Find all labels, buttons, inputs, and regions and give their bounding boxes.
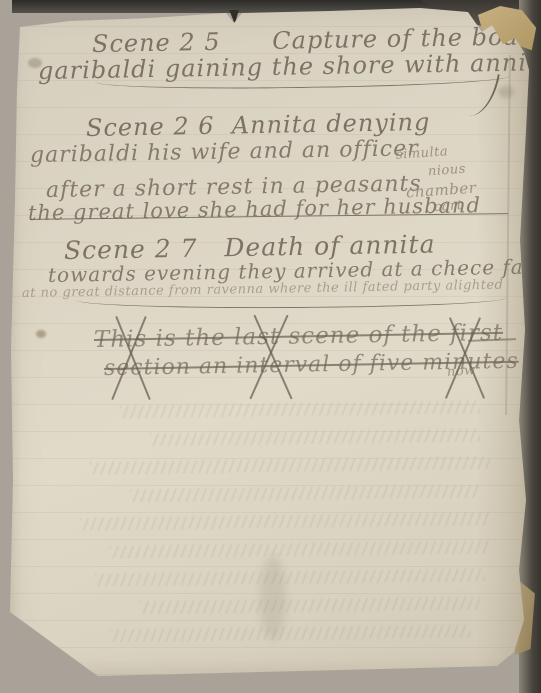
age-stain [36,330,46,338]
bleedthrough-writing [95,568,485,586]
manuscript-page: 18 Scene 2 5 Capture of the boats gariba… [0,0,541,693]
age-stain [498,86,514,98]
struck-line-1: This is the last scene of the first [94,320,503,353]
bleedthrough-writing [150,429,480,447]
margin-note-nious: nious [428,162,467,180]
bleedthrough-writing [140,597,480,615]
scene-26-line-2: garibaldi his wife and an officer [30,136,419,168]
bleedthrough-writing [120,400,480,418]
bleedthrough-writing [80,512,490,531]
bleedthrough-writing [130,485,480,503]
bleedthrough-writing [110,540,490,558]
bleedthrough-writing [90,456,490,475]
section-divider-underline [76,295,506,309]
margin-note-simulta: simulta [396,144,449,163]
scanned-manuscript-photo: 18 Scene 2 5 Capture of the boats gariba… [0,0,541,693]
bleedthrough-writing [110,624,470,642]
